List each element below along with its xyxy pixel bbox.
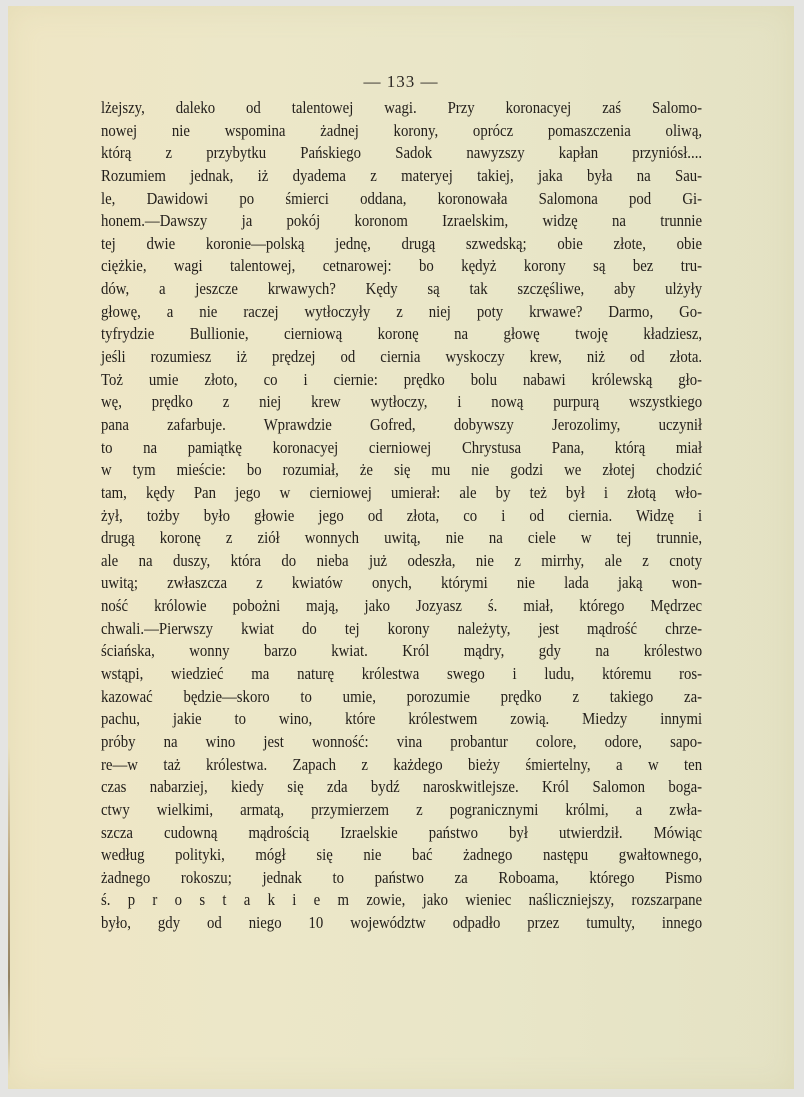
text-line: Rozumiem jednak, iż dyadema z materyej t… xyxy=(101,165,702,188)
text-line: tyfrydzie Bullionie, cierniową koronę na… xyxy=(101,323,702,346)
text-line: ctwy wielkimi, armatą, przymierzem z pog… xyxy=(101,799,702,822)
book-page: — 133 — lżejszy, daleko od talentowej wa… xyxy=(8,6,794,1089)
text-line: tej dwie koronie—polską jednę, drugą szw… xyxy=(101,233,702,256)
text-line: kazować będzie—skoro to umie, porozumie … xyxy=(101,686,702,709)
text-line: Toż umie złoto, co i ciernie: prędko bol… xyxy=(101,369,702,392)
text-line: ściańska, wonny barzo kwiat. Król mądry,… xyxy=(101,640,702,663)
page-edge-shadow xyxy=(8,746,10,1076)
text-line: wstąpi, wiedzieć ma naturę królestwa swe… xyxy=(101,663,702,686)
text-line: drugą koronę z ziół wonnych uwitą, nie n… xyxy=(101,527,702,550)
text-line: tam, kędy Pan jego w cierniowej umierał:… xyxy=(101,482,702,505)
text-line: żył, tożby było głowie jego od złota, co… xyxy=(101,505,702,528)
text-line: to na pamiątkę koronacyej cierniowej Chr… xyxy=(101,437,702,460)
text-line: dów, a jeszcze krwawych? Kędy są tak szc… xyxy=(101,278,702,301)
text-line: ność królowie pobożni mają, jako Jozyasz… xyxy=(101,595,702,618)
body-text: lżejszy, daleko od talentowej wagi. Przy… xyxy=(101,97,702,935)
page-number: — 133 — xyxy=(8,72,794,92)
text-line: chwali.—Pierwszy kwiat do tej korony nal… xyxy=(101,618,702,641)
text-line: czas nabarziej, kiedy się zda bydź naros… xyxy=(101,776,702,799)
text-line: według polityki, mógł się nie bać żadneg… xyxy=(101,844,702,867)
text-line: szcza cudowną mądrością Izraelskie państ… xyxy=(101,822,702,845)
text-line: wę, prędko z niej krew wytłoczy, i nową … xyxy=(101,391,702,414)
text-line: głowę, a nie raczej wytłoczyły z niej po… xyxy=(101,301,702,324)
text-line: ciężkie, wagi talentowej, cetnarowej: bo… xyxy=(101,255,702,278)
text-line: próby na wino jest wonność: vina probant… xyxy=(101,731,702,754)
text-line: w tym mieście: bo rozumiał, że się mu ni… xyxy=(101,459,702,482)
text-line: było, gdy od niego 10 województw odpadło… xyxy=(101,912,702,935)
text-line: pana zafarbuje. Wprawdzie Gofred, dobyws… xyxy=(101,414,702,437)
text-line: le, Dawidowi po śmierci oddana, koronowa… xyxy=(101,188,702,211)
text-line: ale na duszy, która do nieba już odeszła… xyxy=(101,550,702,573)
text-line: uwitą; zwłaszcza z kwiatów onych, którym… xyxy=(101,572,702,595)
text-line: pachu, jakie to wino, które królestwem z… xyxy=(101,708,702,731)
text-line: którą z przybytku Pańskiego Sadok nawyzs… xyxy=(101,142,702,165)
text-line: re—w taż królestwa. Zapach z każdego bie… xyxy=(101,754,702,777)
text-line: nowej nie wspomina żadnej korony, oprócz… xyxy=(101,120,702,143)
text-line: ś. p r o s t a k i e m zowie, jako wieni… xyxy=(101,889,702,912)
text-line: lżejszy, daleko od talentowej wagi. Przy… xyxy=(101,97,702,120)
text-line: honem.—Dawszy ja pokój koronom Izraelski… xyxy=(101,210,702,233)
text-line: jeśli rozumiesz iż prędzej od ciernia wy… xyxy=(101,346,702,369)
text-line: żadnego rokoszu; jednak to państwo za Ro… xyxy=(101,867,702,890)
